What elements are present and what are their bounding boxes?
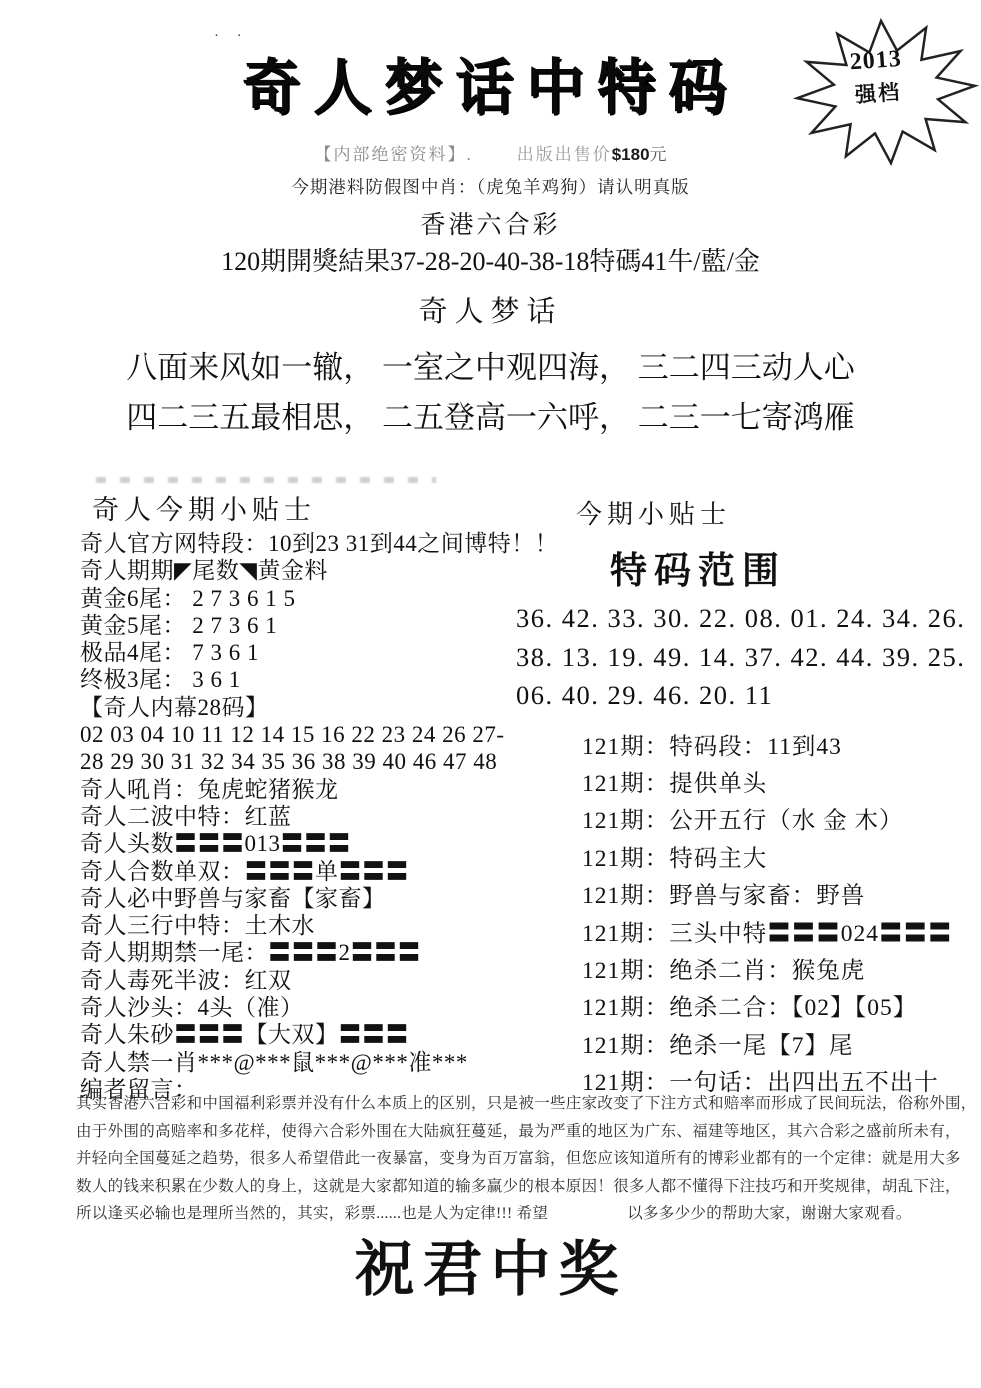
left-tip-line: 奇人朱砂〓〓〓【大双】〓〓〓: [80, 1021, 558, 1048]
left-tip-line: 奇人期期◤尾数◥黄金料: [80, 557, 558, 584]
left-tip-line: 奇人官方网特段：10到23 31到44之间博特！！: [80, 530, 558, 557]
left-tip-line: 奇人毒死半波：红双: [80, 967, 558, 994]
editor-note: 其实香港六合彩和中国福利彩票并没有什么本质上的区别，只是被一些庄家改变了下注方式…: [76, 1090, 981, 1228]
left-tip-line: 奇人三行中特：土木水: [80, 912, 558, 939]
left-tip-line: 极品4尾： 7 3 6 1: [80, 639, 558, 666]
left-tip-line: 奇人合数单双：〓〓〓单〓〓〓: [80, 858, 558, 885]
left-tip-line: 奇人期期禁一尾：〓〓〓2〓〓〓: [80, 939, 558, 966]
left-tip-line: 奇人禁一肖***@***鼠***@***准***: [80, 1049, 558, 1076]
left-tip-line: 28 29 30 31 32 34 35 36 38 39 40 46 47 4…: [80, 748, 558, 775]
left-tip-line: 黄金5尾： 2 7 3 6 1: [80, 612, 558, 639]
left-tip-line: 02 03 04 10 11 12 14 15 16 22 23 24 26 2…: [80, 721, 558, 748]
special-range-numbers: 36. 42. 33. 30. 22. 08. 01. 24. 34. 26.3…: [516, 599, 981, 715]
left-tip-line: 黄金6尾： 2 7 3 6 1 5: [80, 585, 558, 612]
left-tips-list: 奇人官方网特段：10到23 31到44之间博特！！奇人期期◤尾数◥黄金料黄金6尾…: [80, 530, 558, 1103]
price-line: 【内部绝密资料】.出版出售价$180元: [0, 140, 981, 165]
left-tip-line: 奇人头数〓〓〓013〓〓〓: [80, 830, 558, 857]
left-tip-line: 【奇人内幕28码】: [80, 694, 558, 721]
left-tip-line: 奇人二波中特：红蓝: [80, 803, 558, 830]
special-range-title: 特码范围: [610, 540, 981, 594]
period-tip-line: 121期：三头中特〓〓〓024〓〓〓: [582, 916, 981, 953]
period-tip-line: 121期：公开五行（水 金 木）: [582, 803, 981, 840]
period-121-list: 121期：特码段：11到43121期：提供单头121期：公开五行（水 金 木）1…: [582, 729, 981, 1103]
draw-result-line: 120期開獎結果37-28-20-40-38-18特碼41牛/藍/金: [0, 241, 981, 278]
period-tip-line: 121期：绝杀一尾【7】尾: [582, 1028, 981, 1065]
left-tips-header: 奇人今期小贴士: [92, 488, 558, 527]
editor-note-line: 由于外围的高赔率和多花样，使得六合彩外围在大陆疯狂蔓延，最为严重的地区为广东、福…: [76, 1118, 981, 1146]
scan-artifact: [96, 477, 436, 483]
left-tip-line: 奇人沙头：4头（准）: [80, 994, 558, 1021]
right-tips-column: 今期小贴士 特码范围 36. 42. 33. 30. 22. 08. 01. 2…: [552, 494, 981, 1103]
editor-note-line: 数人的钱来积累在少数人的身上，这就是大家都知道的输多赢少的根本原因！很多人都不懂…: [76, 1173, 981, 1201]
badge-text: 2013 强档: [827, 45, 927, 108]
period-tip-line: 121期：特码主大: [582, 841, 981, 878]
range-number-line: 38. 13. 19. 49. 14. 37. 42. 44. 39. 25.: [516, 638, 981, 677]
winning-wish: 祝君中奖: [0, 1222, 981, 1308]
period-tip-line: 121期：提供单头: [582, 766, 981, 803]
editor-note-line: 并轻向全国蔓延之趋势，很多人希望借此一夜暴富，变身为百万富翁，但您应该知道所有的…: [76, 1145, 981, 1173]
price-amount: $180: [612, 145, 650, 164]
lottery-name: 香港六合彩: [0, 205, 981, 241]
poem-line-1: 八面来风如一辙， 一室之中观四海， 三二四三动人心: [0, 342, 981, 387]
secret-material-label: 【内部绝密资料】.: [314, 145, 472, 164]
period-tip-line: 121期：特码段：11到43: [582, 729, 981, 766]
period-tip-line: 121期：绝杀二肖：猴兔虎: [582, 953, 981, 990]
right-tips-header: 今期小贴士: [576, 494, 981, 531]
range-number-line: 36. 42. 33. 30. 22. 08. 01. 24. 34. 26.: [516, 599, 981, 638]
period-tip-line: 121期：绝杀二合：【02】【05】: [582, 990, 981, 1027]
left-tips-column: 奇人今期小贴士 奇人官方网特段：10到23 31到44之间博特！！奇人期期◤尾数…: [80, 488, 558, 1103]
range-number-line: 06. 40. 29. 46. 20. 11: [516, 676, 981, 715]
dream-section-title: 奇人梦话: [0, 289, 981, 330]
period-tip-line: 121期：野兽与家畜：野兽: [582, 878, 981, 915]
left-tip-line: 终极3尾： 3 6 1: [80, 666, 558, 693]
anti-fake-line: 今期港料防假图中肖：（虎兔羊鸡狗）请认明真版: [0, 174, 981, 199]
price-currency: 元: [650, 145, 667, 164]
left-tip-line: 奇人吼肖：兔虎蛇猪猴龙: [80, 776, 558, 803]
editor-note-line: 其实香港六合彩和中国福利彩票并没有什么本质上的区别，只是被一些庄家改变了下注方式…: [76, 1090, 981, 1118]
price-prefix: 出版出售价: [517, 145, 612, 164]
poem-line-2: 四二三五最相思， 二五登高一六呼， 二三一七寄鸿雁: [0, 392, 981, 437]
left-tip-line: 奇人必中野兽与家畜【家畜】: [80, 885, 558, 912]
